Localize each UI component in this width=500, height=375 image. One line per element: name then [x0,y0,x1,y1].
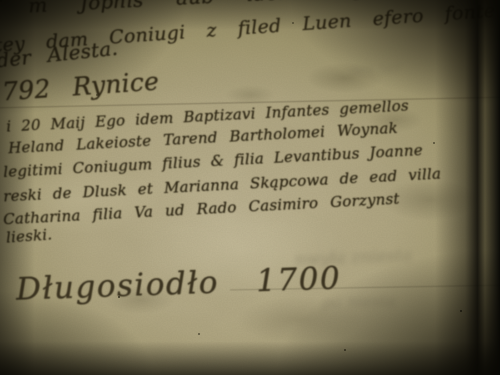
bleed-through-text: ses ter [350,59,402,80]
manuscript-photo: nwyła zniesta po niesta ses ter m Jophis… [0,0,500,375]
ink-speckles [0,0,2,2]
bottom-place-year-note: Długosiodło 1700 [15,260,341,307]
handwriting-line: lieski. [5,225,52,246]
entry-heading-year-place: 792 Rynice [1,67,160,107]
